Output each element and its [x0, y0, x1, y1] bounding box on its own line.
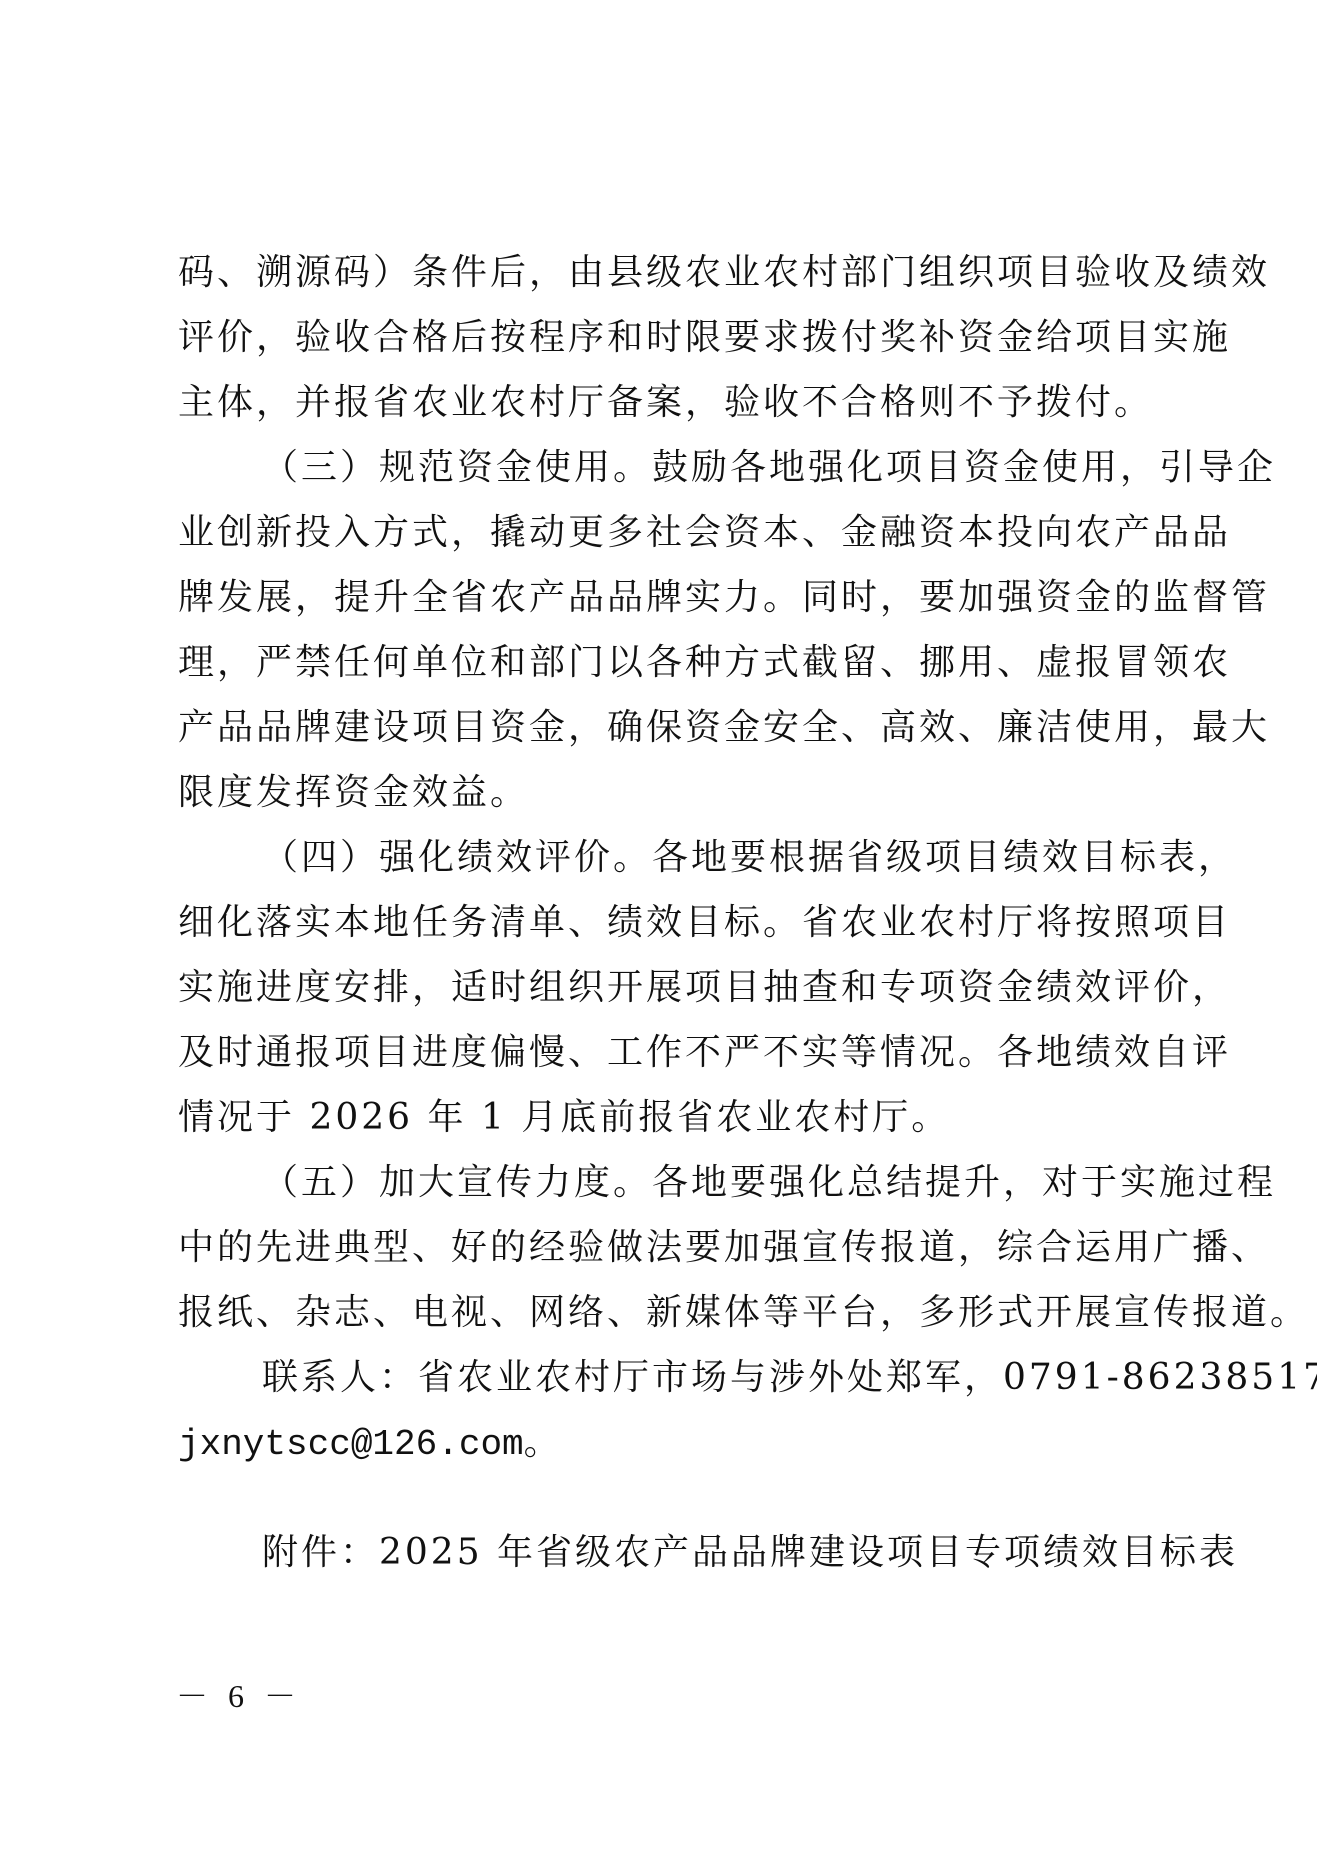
section-3-text: 鼓励各地强化项目资金使用，引导企: [652, 447, 1276, 488]
section-4-heading: （四）强化绩效评价。: [262, 837, 652, 878]
page-number: － 6 －: [176, 1676, 302, 1716]
contact-email-line: jxnytscc@126.com。: [178, 1418, 1140, 1483]
paragraph-line: 业创新投入方式，撬动更多社会资本、金融资本投向农产品品: [178, 508, 1140, 573]
section-3-heading: （三）规范资金使用。: [262, 447, 652, 488]
paragraph-line: 及时通报项目进度偏慢、工作不严不实等情况。各地绩效自评: [178, 1028, 1140, 1093]
section-3-first-line: （三）规范资金使用。鼓励各地强化项目资金使用，引导企: [178, 443, 1140, 508]
paragraph-line: 牌发展，提升全省农产品品牌实力。同时，要加强资金的监督管: [178, 573, 1140, 638]
section-5-text: 各地要强化总结提升，对于实施过程: [652, 1162, 1276, 1203]
paragraph-line: 中的先进典型、好的经验做法要加强宣传报道，综合运用广播、: [178, 1223, 1140, 1288]
section-4-first-line: （四）强化绩效评价。各地要根据省级项目绩效目标表，: [178, 833, 1140, 898]
paragraph-line: 情况于 2026 年 1 月底前报省农业农村厅。: [178, 1093, 1140, 1158]
section-4-text: 各地要根据省级项目绩效目标表，: [652, 837, 1237, 878]
paragraph-line: 细化落实本地任务清单、绩效目标。省农业农村厅将按照项目: [178, 898, 1140, 963]
paragraph-line: 报纸、杂志、电视、网络、新媒体等平台，多形式开展宣传报道。: [178, 1288, 1140, 1353]
section-5-first-line: （五）加大宣传力度。各地要强化总结提升，对于实施过程: [178, 1158, 1140, 1223]
paragraph-line: 理，严禁任何单位和部门以各种方式截留、挪用、虚报冒领农: [178, 638, 1140, 703]
section-5-heading: （五）加大宣传力度。: [262, 1162, 652, 1203]
contact-email[interactable]: jxnytscc@126.com。: [178, 1424, 560, 1465]
contact-line: 联系人：省农业农村厅市场与涉外处郑军，0791-86238517，: [178, 1353, 1140, 1418]
document-body: 码、溯源码）条件后，由县级农业农村部门组织项目验收及绩效 评价，验收合格后按程序…: [178, 248, 1140, 1483]
paragraph-line: 实施进度安排，适时组织开展项目抽查和专项资金绩效评价，: [178, 963, 1140, 1028]
paragraph-line: 主体，并报省农业农村厅备案，验收不合格则不予拨付。: [178, 378, 1140, 443]
attachment-note: 附件：2025 年省级农产品品牌建设项目专项绩效目标表: [262, 1528, 1238, 1578]
paragraph-line: 限度发挥资金效益。: [178, 768, 1140, 833]
paragraph-line: 码、溯源码）条件后，由县级农业农村部门组织项目验收及绩效: [178, 248, 1140, 313]
document-page: 码、溯源码）条件后，由县级农业农村部门组织项目验收及绩效 评价，验收合格后按程序…: [0, 0, 1317, 1871]
paragraph-line: 产品品牌建设项目资金，确保资金安全、高效、廉洁使用，最大: [178, 703, 1140, 768]
paragraph-line: 评价，验收合格后按程序和时限要求拨付奖补资金给项目实施: [178, 313, 1140, 378]
